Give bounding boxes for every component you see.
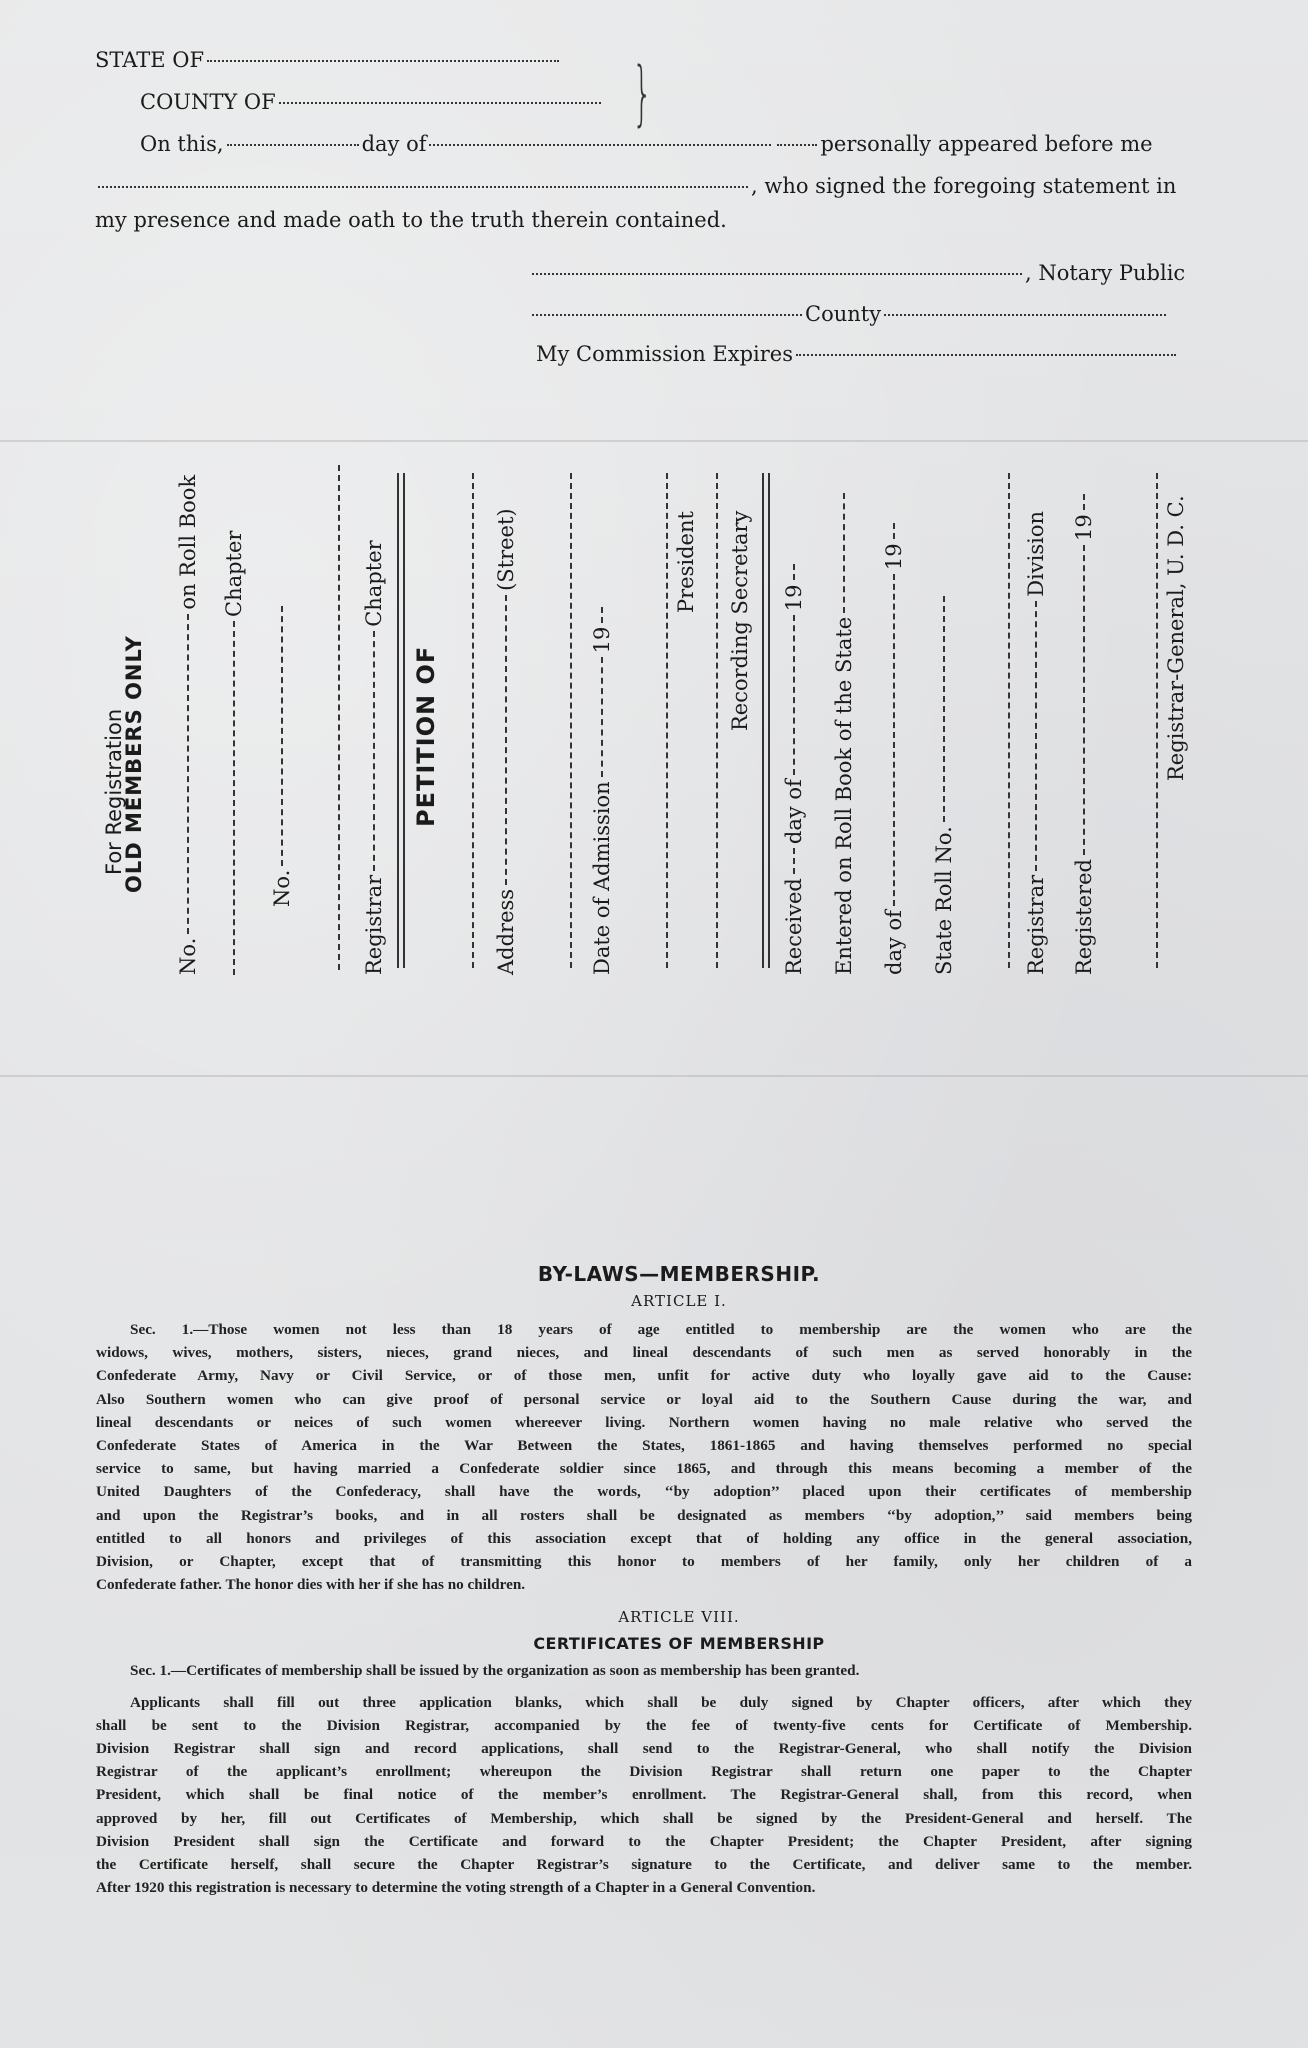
body-line: Also Southern women who can give proof o… [96, 1388, 1192, 1411]
year-19-d-label: 19 [1072, 514, 1096, 541]
form-col-registrar-2: Registrar Division [1024, 465, 1064, 975]
state-of-label: STATE OF [95, 48, 204, 72]
paper-fold-line [0, 440, 1308, 442]
petitioner-name-field[interactable] [472, 473, 474, 968]
oath-line: my presence and made oath to the truth t… [95, 208, 727, 232]
form-col-roll-book: No. on Roll Book [176, 465, 216, 975]
petition-of-title: PETITION OF [412, 646, 440, 827]
registrar-label: Registrar [362, 875, 386, 975]
notary-signature-field[interactable] [532, 273, 1022, 275]
registrar-field[interactable] [373, 631, 375, 871]
body-line: entitled to all honors and privileges of… [96, 1527, 1192, 1550]
article-8-body: Applicants shall fill out three applicat… [96, 1691, 1192, 1900]
year-19-c-label: 19 [882, 543, 906, 570]
body-line: Sec. 1.—Those women not less than 18 yea… [96, 1318, 1192, 1341]
notary-county-field-2[interactable] [884, 314, 1166, 316]
notary-public-label: , Notary Public [1025, 261, 1185, 285]
form-col-received: Received day of 19 [782, 465, 822, 975]
article-8-heading: ARTICLE VIII. [166, 1608, 1192, 1626]
roll-book-number-field[interactable] [187, 614, 189, 934]
received-year-field[interactable] [793, 564, 795, 580]
year-field[interactable] [777, 144, 817, 146]
body-line: Division President shall sign the Certif… [96, 1830, 1192, 1853]
signer-name-field[interactable] [98, 186, 748, 188]
received-day-field[interactable] [793, 848, 795, 874]
registrar-general-signature-field[interactable] [1156, 473, 1158, 968]
form-col-date-admission: Date of Admission 19 [590, 465, 630, 975]
form-col-address: Address (Street) [494, 465, 534, 975]
month-field[interactable] [429, 144, 771, 146]
body-line: Applicants shall fill out three applicat… [96, 1691, 1192, 1714]
entered-year-field[interactable] [893, 523, 895, 539]
county-of-field[interactable] [279, 102, 601, 104]
form-col-petition: PETITION OF [412, 465, 452, 975]
secretary-signature-field[interactable] [716, 473, 718, 968]
signer-line: , who signed the foregoing statement in [95, 174, 1176, 198]
county-of-label: COUNTY OF [140, 90, 276, 114]
commission-label: My Commission Expires [536, 342, 793, 366]
body-line: lineal descendants or neices of such wom… [96, 1411, 1192, 1434]
body-line: Division, or Chapter, except that of tra… [96, 1550, 1192, 1573]
division-field[interactable] [1008, 473, 1010, 968]
received-month-field[interactable] [793, 615, 795, 775]
form-col-registrar-general: Registrar-General, U. D. C. [1164, 465, 1204, 975]
no-label: No. [176, 938, 200, 975]
street-label: (Street) [494, 508, 518, 591]
form-col-president: President [674, 465, 714, 975]
admission-year-field[interactable] [601, 607, 603, 623]
form-col-registered: Registered 19 [1072, 465, 1112, 975]
body-line: Confederate Army, Navy or Civil Service,… [96, 1364, 1192, 1387]
year-19-b-label: 19 [782, 584, 806, 611]
recording-secretary-label: Recording Secretary [728, 511, 752, 731]
chapter-label-2: Chapter [362, 540, 386, 626]
form-col-registrar: Registrar Chapter [362, 465, 402, 975]
form-col-state-roll: State Roll No. [932, 465, 972, 975]
body-line: the Certificate herself, shall secure th… [96, 1853, 1192, 1876]
address-field[interactable] [505, 595, 507, 885]
body-line: approved by her, fill out Certificates o… [96, 1807, 1192, 1830]
bylaws-title: BY-LAWS—MEMBERSHIP. [166, 1262, 1192, 1286]
body-line: After 1920 this registration is necessar… [96, 1876, 1192, 1899]
chapter-label: Chapter [222, 531, 246, 617]
form-col-no-2: No. [270, 465, 310, 975]
registrar-label-2: Registrar [1024, 875, 1048, 975]
double-rule [397, 473, 405, 968]
received-label: Received [782, 878, 806, 975]
form-col-entered: Entered on Roll Book of the State [832, 465, 872, 975]
registration-form: For Registration OLD MEMBERS ONLY No. on… [100, 465, 1190, 975]
body-line: shall be sent to the Division Registrar,… [96, 1714, 1192, 1737]
notary-county-field[interactable] [532, 314, 802, 316]
registered-label: Registered [1072, 859, 1096, 975]
double-rule [762, 473, 770, 968]
day-field[interactable] [227, 144, 359, 146]
entered-date-field[interactable] [893, 574, 895, 906]
article-8-title: CERTIFICATES OF MEMBERSHIP [166, 1634, 1192, 1653]
admission-date-field[interactable] [601, 657, 603, 777]
division-registrar-field[interactable] [1035, 601, 1037, 871]
day-of-label-2: day of [882, 910, 906, 975]
personally-appeared-label: personally appeared before me [820, 132, 1152, 156]
article-1-heading: ARTICLE I. [166, 1292, 1192, 1310]
county-line: County [532, 302, 1169, 326]
dashed-line[interactable] [338, 465, 340, 970]
address-line-2-field[interactable] [570, 473, 572, 968]
notary-section: STATE OF COUNTY OF } On this, day of per… [0, 0, 1308, 400]
form-col-day-of: day of 19 [882, 465, 922, 975]
registrar-general-label: Registrar-General, U. D. C. [1164, 495, 1188, 781]
registered-year-field[interactable] [1083, 494, 1085, 510]
paper-fold-line [0, 1075, 1308, 1077]
notary-public-line: , Notary Public [532, 261, 1185, 285]
body-line: service to same, but having married a Co… [96, 1457, 1192, 1480]
on-this-line: On this, day of personally appeared befo… [140, 132, 1153, 156]
form-col-chapter: Chapter [222, 465, 262, 975]
on-roll-book-label: on Roll Book [176, 475, 200, 610]
date-of-admission-label: Date of Admission [590, 781, 614, 975]
oath-text: my presence and made oath to the truth t… [95, 208, 727, 232]
year-19-label: 19 [590, 627, 614, 654]
body-line: President, which shall be final notice o… [96, 1783, 1192, 1806]
registered-date-field[interactable] [1083, 545, 1085, 855]
commission-field[interactable] [796, 354, 1176, 356]
article-1-body: Sec. 1.—Those women not less than 18 yea… [96, 1318, 1192, 1596]
day-of-label: day of [362, 132, 427, 156]
body-line: and upon the Registrar’s books, and in a… [96, 1504, 1192, 1527]
entered-field[interactable] [843, 493, 845, 613]
day-of-label: day of [782, 779, 806, 844]
body-line: widows, wives, mothers, sisters, nieces,… [96, 1341, 1192, 1364]
chapter-field[interactable] [233, 621, 235, 975]
county-of-line: COUNTY OF [140, 90, 604, 114]
commission-line: My Commission Expires [536, 342, 1179, 366]
old-members-title: OLD MEMBERS ONLY [122, 635, 146, 893]
address-label: Address [494, 889, 518, 975]
form-col-old-members: OLD MEMBERS ONLY [122, 465, 162, 975]
president-label: President [674, 511, 698, 613]
state-of-line: STATE OF [95, 48, 562, 72]
on-this-label: On this, [140, 132, 224, 156]
who-signed-label: , who signed the foregoing statement in [751, 174, 1176, 198]
state-of-field[interactable] [207, 60, 559, 62]
brace-icon: } [632, 52, 652, 134]
body-line: Confederate father. The honor dies with … [96, 1573, 1192, 1596]
division-label: Division [1024, 511, 1048, 597]
body-line: United Daughters of the Confederacy, sha… [96, 1480, 1192, 1503]
bylaws-section: BY-LAWS—MEMBERSHIP. ARTICLE I. Sec. 1.—T… [96, 1262, 1192, 1899]
state-roll-no-field[interactable] [943, 596, 945, 822]
body-line: Confederate States of America in the War… [96, 1434, 1192, 1457]
state-roll-no-label: State Roll No. [932, 826, 956, 975]
entered-label: Entered on Roll Book of the State [832, 617, 856, 975]
body-line: Registrar of the applicant’s enrollment;… [96, 1760, 1192, 1783]
number-field-2[interactable] [281, 606, 283, 866]
president-signature-field[interactable] [666, 473, 668, 968]
county-label: County [805, 302, 881, 326]
article-8-sec1-text: Sec. 1.—Certificates of membership shall… [96, 1659, 1192, 1682]
body-line: Division Registrar shall sign and record… [96, 1737, 1192, 1760]
no-label-2: No. [270, 870, 294, 907]
article-8-sec1: Sec. 1.—Certificates of membership shall… [96, 1659, 1192, 1682]
